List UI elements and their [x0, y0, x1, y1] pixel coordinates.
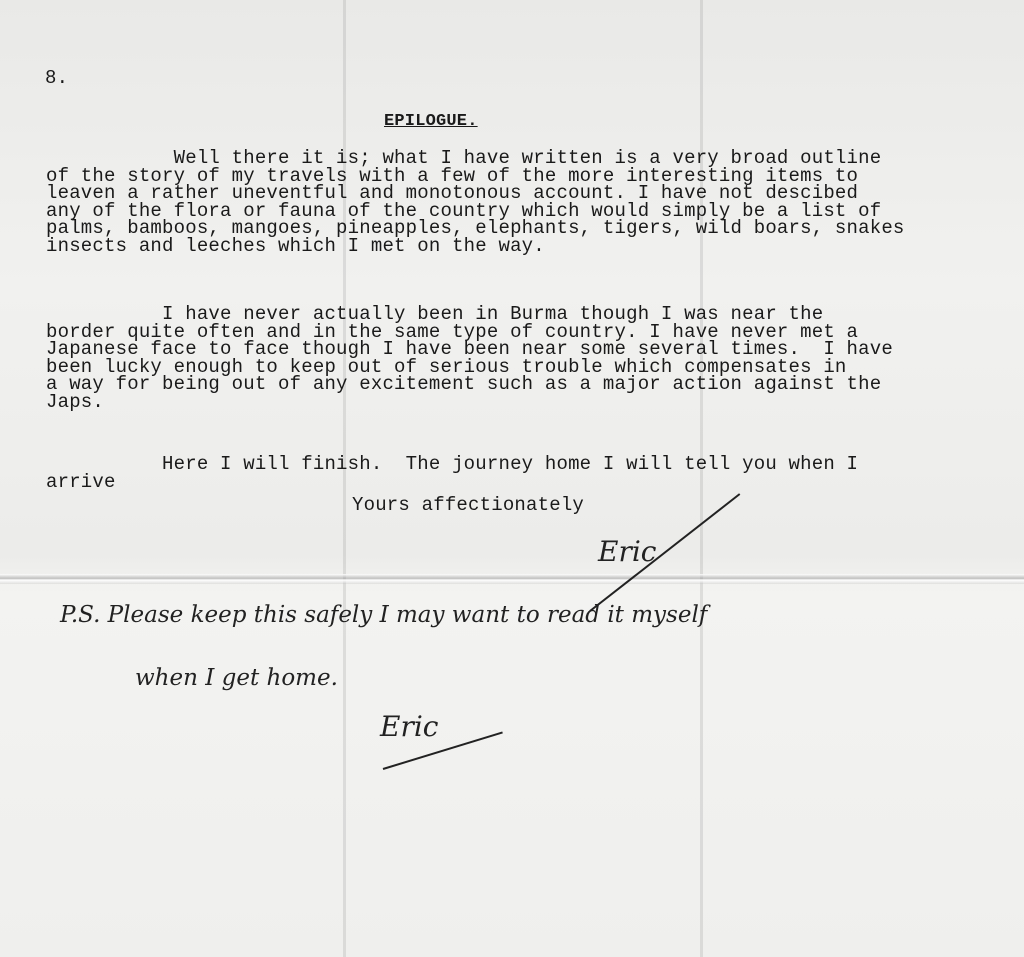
page-number: 8. — [45, 70, 68, 88]
paragraph-2: I have never actually been in Burma thou… — [46, 306, 893, 411]
paragraph-1: Well there it is; what I have written is… — [46, 150, 905, 255]
page-title: EPILOGUE. — [384, 113, 478, 131]
paragraph-3: Here I will finish. The journey home I w… — [46, 456, 858, 491]
closing-salutation: Yours affectionately — [352, 497, 584, 515]
postscript-line-1: P.S. Please keep this safely I may want … — [60, 602, 707, 628]
postscript-line-2: when I get home. — [135, 665, 338, 691]
horizontal-fold — [0, 574, 1024, 584]
postscript-signature: Eric — [380, 710, 438, 743]
